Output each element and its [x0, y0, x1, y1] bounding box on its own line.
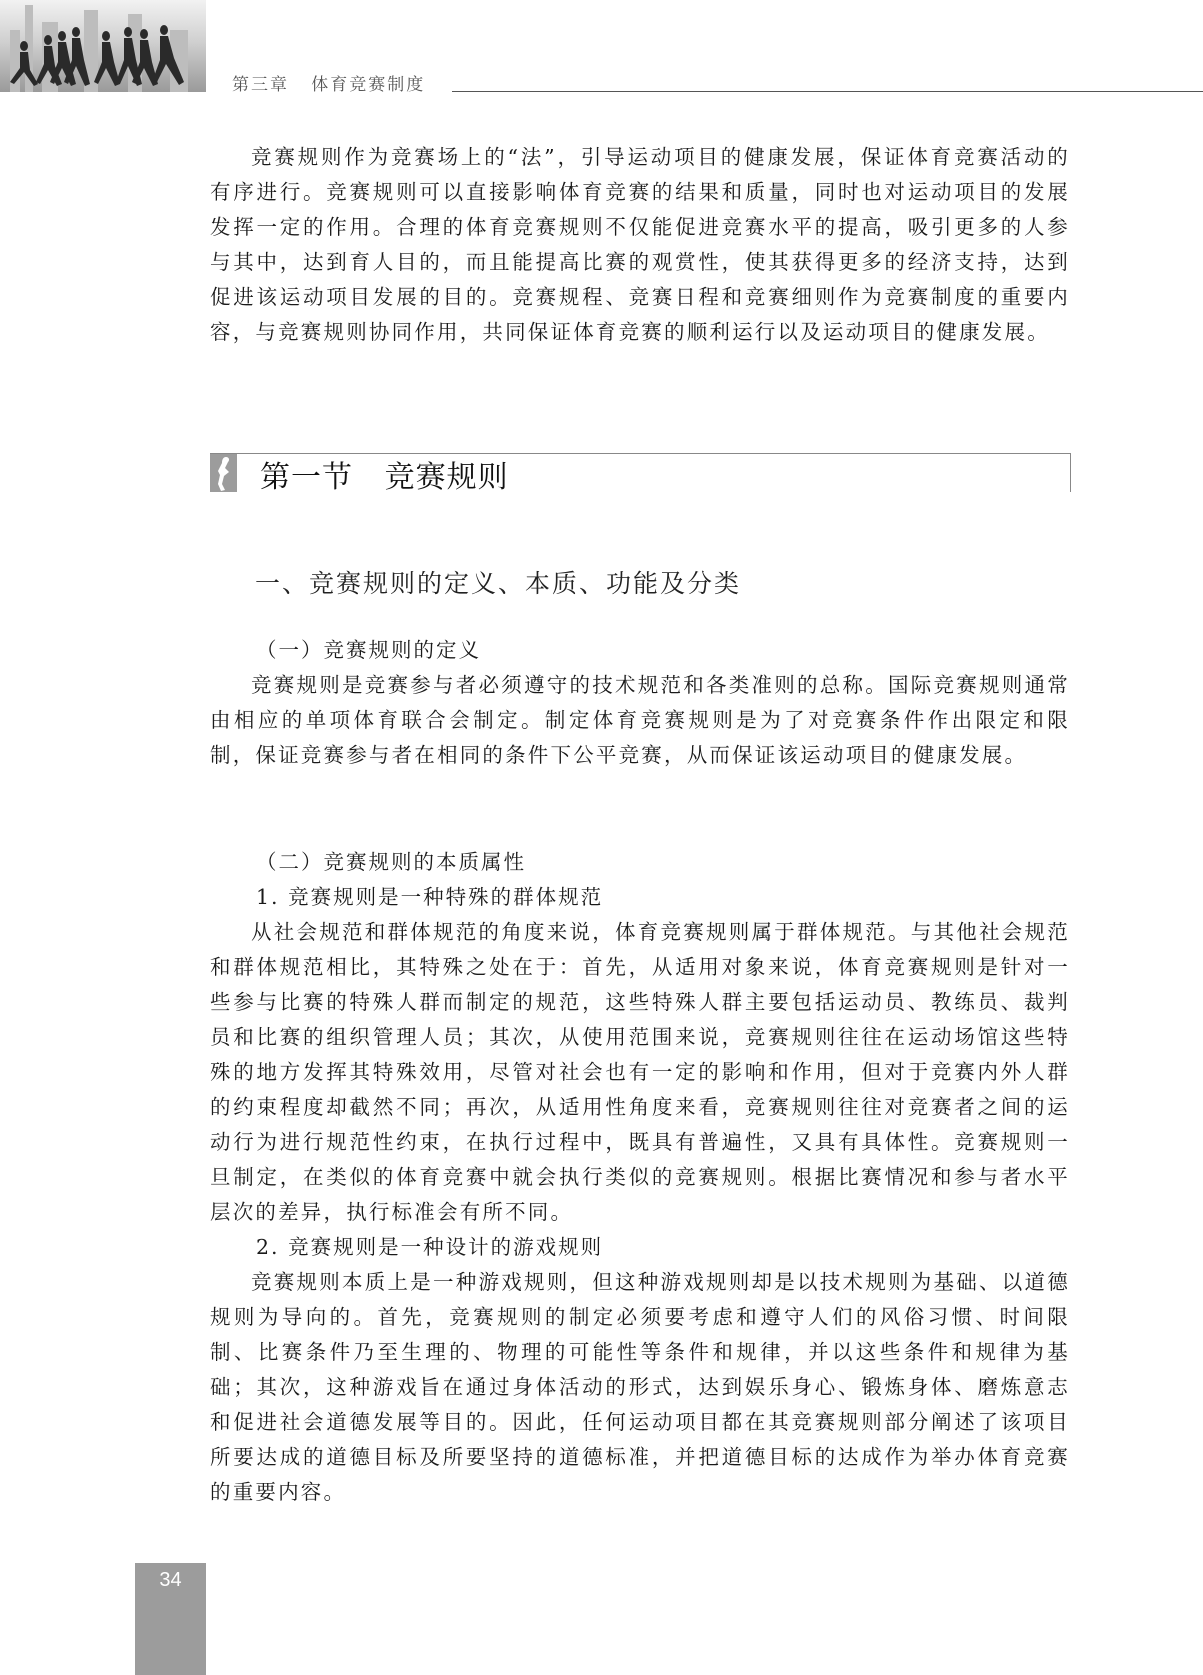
- subsection-definition: （一）竞赛规则的定义 竞赛规则是竞赛参与者必须遵守的技术规范和各类准则的总称。国…: [210, 633, 1070, 773]
- intro-section: 竞赛规则作为竞赛场上的“法”，引导运动项目的健康发展，保证体育竞赛活动的有序进行…: [210, 140, 1070, 350]
- subsection-nature: （二）竞赛规则的本质属性 1. 竞赛规则是一种特殊的群体规范 从社会规范和群体规…: [210, 845, 1070, 1510]
- page-number: 34: [135, 1569, 206, 1592]
- item-paragraph: 竞赛规则本质上是一种游戏规则，但这种游戏规则却是以技术规则为基础、以道德规则为导…: [210, 1265, 1070, 1510]
- runner-icon: [210, 454, 237, 492]
- definition-paragraph: 竞赛规则是竞赛参与者必须遵守的技术规范和各类准则的总称。国际竞赛规则通常由相应的…: [210, 668, 1070, 773]
- runners-silhouette-icon: [0, 0, 206, 92]
- item-paragraph: 从社会规范和群体规范的角度来说，体育竞赛规则属于群体规范。与其他社会规范和群体规…: [210, 915, 1070, 1230]
- header-banner-image: [0, 0, 206, 92]
- subsection-heading: （二）竞赛规则的本质属性: [210, 845, 1070, 880]
- heading-level2: 一、竞赛规则的定义、本质、功能及分类: [255, 564, 741, 600]
- item-heading: 1. 竞赛规则是一种特殊的群体规范: [210, 880, 1070, 915]
- header-divider: [452, 91, 1203, 92]
- page-number-tab: 34: [135, 1563, 206, 1675]
- item-heading: 2. 竞赛规则是一种设计的游戏规则: [210, 1230, 1070, 1265]
- intro-paragraph: 竞赛规则作为竞赛场上的“法”，引导运动项目的健康发展，保证体育竞赛活动的有序进行…: [210, 140, 1070, 350]
- running-title: 第三章 体育竞赛制度: [232, 70, 425, 95]
- subsection-heading: （一）竞赛规则的定义: [210, 633, 1070, 668]
- section-header: 第一节 竞赛规则: [210, 453, 1071, 492]
- section-title: 第一节 竞赛规则: [260, 452, 509, 496]
